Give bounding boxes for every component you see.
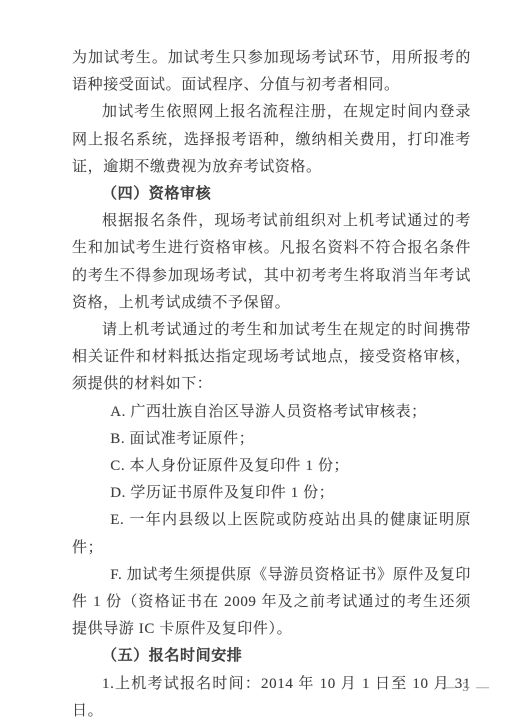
paragraph-continuation: 为加试考生。加试考生只参加现场考试环节，用所报考的语种接受面试。面试程序、分值与… xyxy=(72,45,471,99)
list-item-f: F. 加试考生须提供原《导游员资格证书》原件及复印件 1 份（资格证书在 200… xyxy=(72,562,471,644)
section-heading-registration-schedule: （五）报名时间安排 xyxy=(72,643,471,670)
paragraph-materials-intro: 请上机考试通过的考生和加试考生在规定的时间携带相关证件和材料抵达指定现场考试地点… xyxy=(72,317,471,399)
document-body: 为加试考生。加试考生只参加现场考试环节，用所报考的语种接受面试。面试程序、分值与… xyxy=(72,45,471,719)
page-number: — 3 — xyxy=(442,679,491,695)
paragraph-registration-time: 1.上机考试报名时间：2014 年 10 月 1 日至 10 月 31 日。 xyxy=(72,671,471,719)
list-item-e: E. 一年内县级以上医院或防疫站出具的健康证明原件； xyxy=(72,507,471,561)
list-item-b: B. 面试准考证原件； xyxy=(72,426,471,453)
document-page: 为加试考生。加试考生只参加现场考试环节，用所报考的语种接受面试。面试程序、分值与… xyxy=(0,0,521,719)
paragraph-online-registration: 加试考生依照网上报名流程注册，在规定时间内登录网上报名系统，选择报考语种，缴纳相… xyxy=(72,99,471,181)
section-heading-qualification-review: （四）资格审核 xyxy=(72,181,471,208)
list-item-c: C. 本人身份证原件及复印件 1 份； xyxy=(72,453,471,480)
list-item-d: D. 学历证书原件及复印件 1 份； xyxy=(72,480,471,507)
paragraph-review-rules: 根据报名条件，现场考试前组织对上机考试通过的考生和加试考生进行资格审核。凡报名资… xyxy=(72,208,471,317)
list-item-a: A. 广西壮族自治区导游人员资格考试审核表； xyxy=(72,399,471,426)
